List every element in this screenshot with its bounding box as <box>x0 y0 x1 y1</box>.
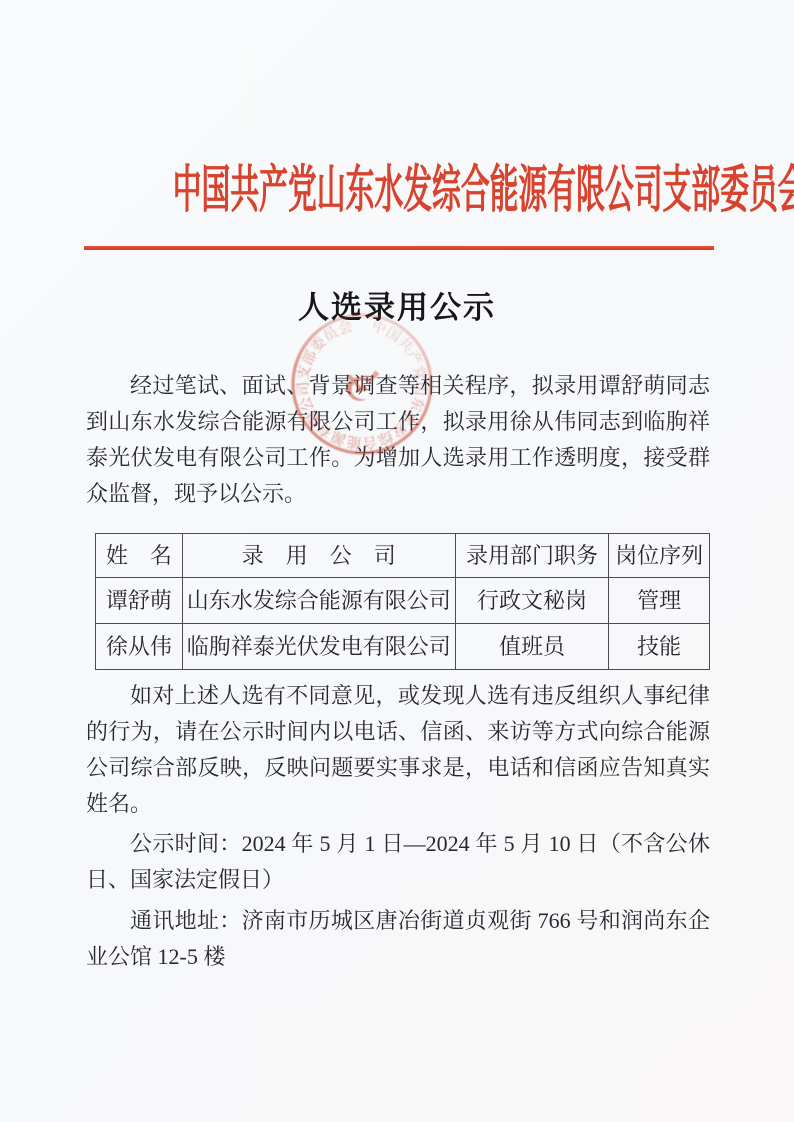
paragraph-intro: 经过笔试、面试、背景调查等相关程序，拟录用谭舒萌同志到山东水发综合能源有限公司工… <box>86 368 710 512</box>
table-row: 徐从伟 临朐祥泰光伏发电有限公司 值班员 技能 <box>96 624 710 670</box>
table-header-company: 录 用 公 司 <box>182 534 455 578</box>
table-header-series: 岗位序列 <box>609 534 710 578</box>
paragraph-publicity-period: 公示时间：2024 年 5 月 1 日—2024 年 5 月 10 日（不含公休… <box>86 826 710 898</box>
table-header-name: 姓 名 <box>96 534 183 578</box>
paragraph-contact-address: 通讯地址：济南市历城区唐冶街道贞观街 766 号和润尚东企业公馆 12-5 楼 <box>86 903 710 975</box>
cell-company: 山东水发综合能源有限公司 <box>182 578 455 624</box>
cell-position: 值班员 <box>455 624 608 670</box>
recruitment-table: 姓 名 录 用 公 司 录用部门职务 岗位序列 谭舒萌 山东水发综合能源有限公司… <box>95 533 710 670</box>
document-body: 经过笔试、面试、背景调查等相关程序，拟录用谭舒萌同志到山东水发综合能源有限公司工… <box>86 368 710 975</box>
paragraph-objection: 如对上述人选有不同意见，或发现人选有违反组织人事纪律的行为，请在公示时间内以电话… <box>86 678 710 822</box>
cell-name: 谭舒萌 <box>96 578 183 624</box>
table-row: 谭舒萌 山东水发综合能源有限公司 行政文秘岗 管理 <box>96 578 710 624</box>
document-page: 中国共产党山东水发综合能源有限公司支部委员会 人选录用公示 中国共产党山东水发综… <box>0 0 794 1122</box>
cell-name: 徐从伟 <box>96 624 183 670</box>
cell-company: 临朐祥泰光伏发电有限公司 <box>182 624 455 670</box>
letterhead-org-title: 中国共产党山东水发综合能源有限公司支部委员会 <box>173 162 622 221</box>
cell-series: 管理 <box>609 578 710 624</box>
table-header-row: 姓 名 录 用 公 司 录用部门职务 岗位序列 <box>96 534 710 578</box>
cell-series: 技能 <box>609 624 710 670</box>
cell-position: 行政文秘岗 <box>455 578 608 624</box>
document-title: 人选录用公示 <box>0 282 794 327</box>
letterhead-divider <box>84 246 714 250</box>
table-header-position: 录用部门职务 <box>455 534 608 578</box>
